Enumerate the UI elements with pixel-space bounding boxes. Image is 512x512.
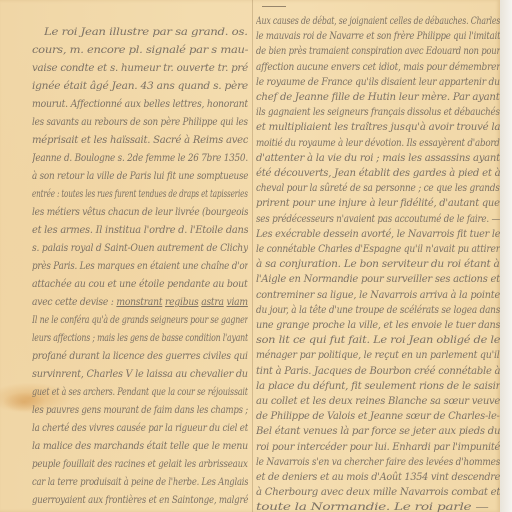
manuscript-line: attachée au cou et une étoile pendante a… xyxy=(32,276,248,294)
manuscript-line: mourut. Affectionné aux belles lettres, … xyxy=(32,96,248,114)
manuscript-line: avec cette devise : monstrant regibus as… xyxy=(32,294,248,312)
page-fold-line xyxy=(252,0,253,512)
manuscript-line: cours, m. encore pl. signalé par s mau- xyxy=(32,42,248,60)
manuscript-line: Il ne le conféra qu'à de grands seigneur… xyxy=(32,312,248,330)
manuscript-line: guet et à ses archers. Pendant que la co… xyxy=(32,384,248,402)
page-edge-margin xyxy=(500,0,512,512)
manuscript-line: près Paris. Les marques en étaient une c… xyxy=(32,258,248,276)
manuscript-line: entrée : toutes les rues furent tendues … xyxy=(32,186,248,204)
manuscript-line: Jeanne d. Boulogne s. 2de femme le 26 7b… xyxy=(32,150,248,168)
manuscript-line: les métiers vêtus chacun de leur livrée … xyxy=(32,204,248,222)
underlined-motto-word: viam xyxy=(226,297,247,308)
separator-dash xyxy=(262,6,286,7)
manuscript-line: peuple fouillait des racines et gelait l… xyxy=(32,456,248,474)
manuscript-line: toute la Normandie. Le roi parle — xyxy=(256,499,489,512)
manuscript-line: s. palais royal d Saint-Ouen autrement d… xyxy=(32,240,248,258)
manuscript-line: et les armes. Il institua l'ordre d. l'E… xyxy=(32,222,248,240)
underlined-motto-word: astra xyxy=(201,297,224,308)
manuscript-line: vaise condte et s. humeur tr. ouverte tr… xyxy=(32,60,248,78)
manuscript-line: guerroyaient aux frontières et en Sainto… xyxy=(32,492,248,510)
manuscript-line: les pauvres gens mourant de faim dans le… xyxy=(32,402,248,420)
manuscript-line: leurs affections ; mais les gens de bass… xyxy=(32,330,248,348)
manuscript-line: survinrent, Charles V le laissa au cheva… xyxy=(32,366,248,384)
manuscript-line: la malice des marchands était telle que … xyxy=(32,438,248,456)
manuscript-line: car la terre produisait à peine de l'her… xyxy=(32,474,248,492)
manuscript-line: les savants au rebours de son père Phili… xyxy=(32,114,248,132)
manuscript-line: à son retour la ville de Paris lui fit u… xyxy=(32,168,248,186)
manuscript-page: Le roi Jean illustre par sa grand. os.co… xyxy=(0,0,500,512)
manuscript-line: Le roi Jean illustre par sa grand. os. xyxy=(44,24,248,42)
underlined-motto-word: regibus xyxy=(165,297,199,308)
underlined-motto-word: monstrant xyxy=(116,297,162,308)
manuscript-line: ignée était âgé Jean. 43 ans quand s. pè… xyxy=(32,78,248,96)
manuscript-line: la cherté des vivres causée par la rigue… xyxy=(32,420,248,438)
manuscript-line: méprisait et les haïssait. Sacré à Reims… xyxy=(32,132,248,150)
manuscript-line: profané durant la licence des guerres ci… xyxy=(32,348,248,366)
